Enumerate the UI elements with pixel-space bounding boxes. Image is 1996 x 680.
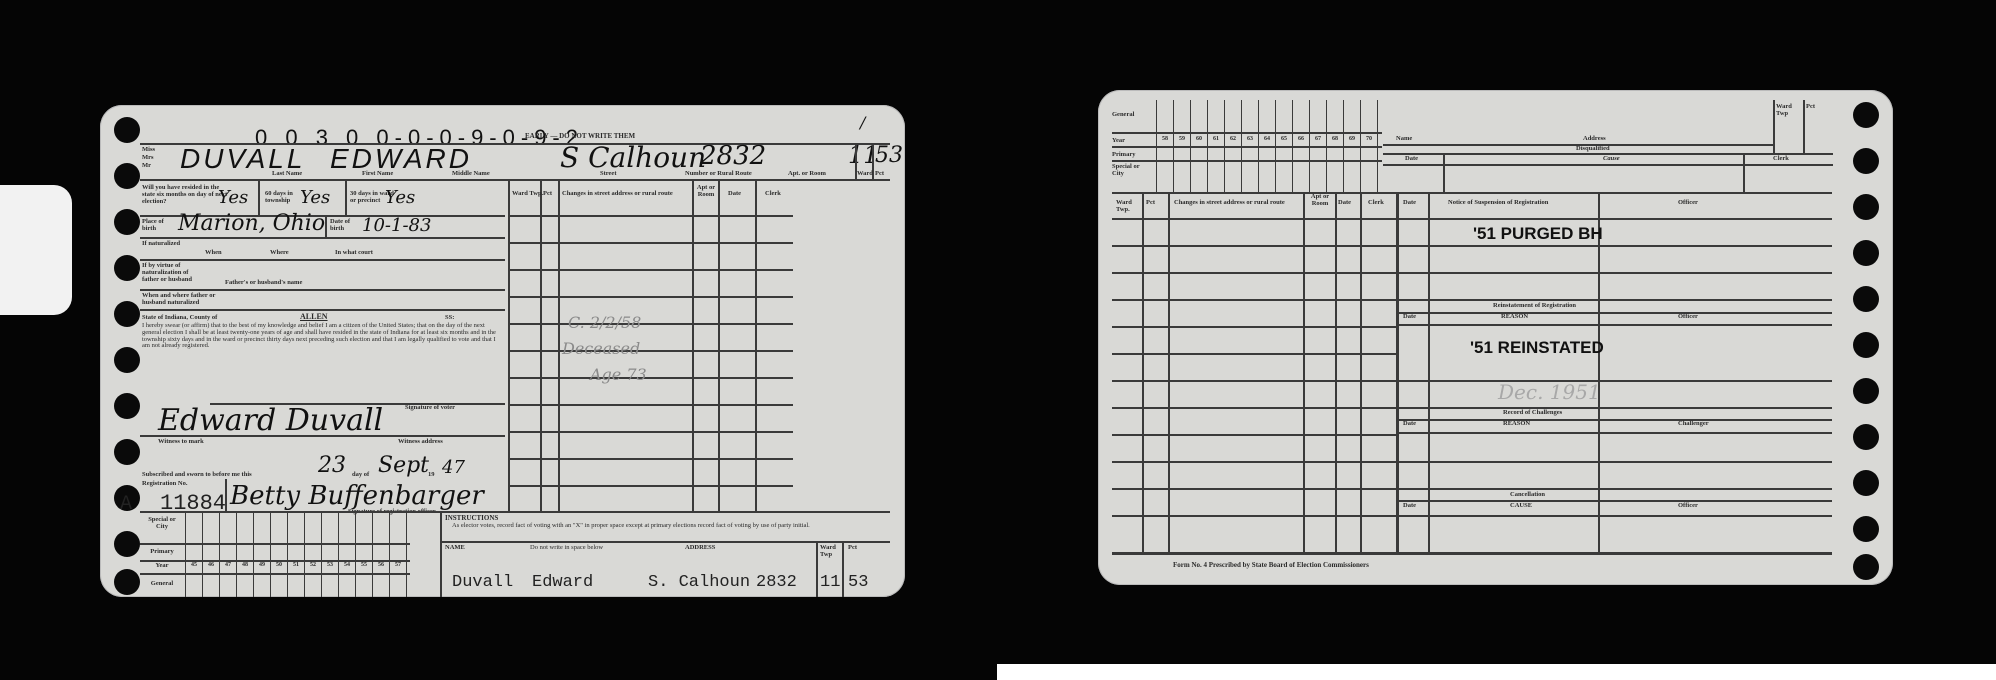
registration-card-front: 0 0 3 0 0-0-0-9-0-9-2 EARLY — DO NOT WRI…	[100, 105, 905, 597]
back-label-name: Name	[1396, 136, 1412, 143]
reinstatement-officer-header: Officer	[1678, 314, 1698, 321]
punch-hole	[1853, 516, 1879, 542]
punch-hole	[1853, 148, 1879, 174]
punch-hole	[1853, 424, 1879, 450]
sworn-prefix: Subscribed and sworn to before me this	[142, 472, 252, 479]
suspension-officer-header: Officer	[1678, 200, 1698, 207]
pct-handwritten: 53	[875, 143, 903, 168]
label-naturalized: If naturalized	[142, 241, 182, 248]
label-witness-address: Witness address	[398, 439, 443, 446]
label-first-name: First Name	[362, 171, 393, 178]
oath-ss: SS:	[445, 315, 454, 322]
oath-state-line: State of Indiana, County of	[142, 315, 217, 322]
punch-hole	[114, 163, 140, 189]
footer-name-label: NAME	[445, 545, 465, 552]
voting-grid-back: 58 59 60 61 62 63 64 65 66 67 68 69 70	[1156, 100, 1378, 192]
registration-card-back: General Year Primary Special or City 58 …	[1098, 90, 1893, 585]
salutation-mrs: Mrs	[142, 155, 154, 162]
back-label-pct: Pct	[1806, 104, 1815, 111]
suspension-date-header: Date	[1403, 200, 1416, 207]
back-grid-primary: Primary	[1112, 152, 1135, 159]
registrar-signature: Betty Buffenbarger	[230, 481, 484, 511]
voter-signature: Edward Duvall	[158, 403, 383, 438]
typed-number: 2832	[756, 573, 797, 592]
back-grid-general: General	[1112, 112, 1134, 119]
label-birthdate: Date of birth	[330, 219, 360, 233]
oath-county: ALLEN	[300, 313, 328, 321]
number-handwritten: 2832	[700, 141, 766, 171]
punch-hole	[1853, 194, 1879, 220]
stamp-note: EARLY — DO NOT WRITE THEM	[525, 133, 635, 140]
back-changes-header-address: Changes in street address or rural route	[1174, 200, 1285, 207]
punch-hole	[1853, 332, 1879, 358]
left-edge-tab	[0, 185, 72, 315]
punch-hole	[1853, 470, 1879, 496]
a-ward-residency: Yes	[385, 187, 415, 208]
punch-hole	[1853, 554, 1879, 580]
salutation-miss: Miss	[142, 147, 155, 154]
birthdate: 10-1-83	[362, 215, 431, 236]
label-witness-mark: Witness to mark	[158, 439, 204, 446]
footer-note: Do not write in space below	[530, 545, 603, 552]
a-township-residency: Yes	[300, 187, 330, 208]
label-father-naturalization: If by virtue of naturalization of father…	[142, 263, 202, 283]
punch-hole	[114, 301, 140, 327]
back-label-address: Address	[1583, 136, 1606, 143]
grid-row-year: Year	[142, 563, 182, 570]
challenges-title: Record of Challenges	[1503, 410, 1562, 417]
voting-grid-front: 45 46 47 48 49 50 51 52 53 54 55 56 57	[185, 512, 407, 597]
label-birthplace: Place of birth	[142, 219, 172, 233]
q-township-residency: 60 days in township	[265, 191, 305, 205]
reinstatement-reason-header: REASON	[1501, 314, 1528, 321]
back-changes-header-date: Date	[1338, 200, 1351, 207]
grid-row-special: Special or City	[142, 517, 182, 531]
label-registration-no: Registration No.	[142, 481, 188, 488]
sworn-day: 23	[318, 453, 346, 478]
challenges-reason-header: REASON	[1503, 421, 1530, 428]
back-label-ward: Ward Twp	[1776, 104, 1794, 118]
sworn-year: 47	[442, 457, 465, 478]
typed-first-name: Edward	[532, 573, 593, 592]
punch-hole	[114, 347, 140, 373]
grid-row-primary: Primary	[142, 549, 182, 556]
oath-text: I hereby swear (or affirm) that to the b…	[142, 323, 502, 350]
changes-header-address: Changes in street address or rural route	[562, 191, 673, 198]
reinstatement-faint-entry: Dec. 1951	[1498, 380, 1601, 404]
label-ward: Ward	[857, 171, 873, 178]
back-label-cause: Cause	[1603, 156, 1620, 163]
first-name: EDWARD	[330, 143, 472, 175]
back-label-date: Date	[1405, 156, 1418, 163]
label-pct: Pct	[875, 171, 884, 178]
typed-ward: 11	[820, 573, 840, 592]
punch-hole	[114, 255, 140, 281]
cancellation-date-header: Date	[1403, 503, 1416, 510]
label-naturalized-court: In what court	[335, 250, 373, 257]
a-state-residency: Yes	[218, 187, 248, 208]
punch-hole	[1853, 286, 1879, 312]
sworn-day-of: day of	[352, 472, 369, 479]
faint-note-deceased: Deceased	[562, 339, 640, 358]
punch-hole	[1853, 102, 1879, 128]
label-street: Street	[600, 171, 616, 178]
label-father-name: Father's or husband's name	[225, 280, 302, 287]
suspension-title: Notice of Suspension of Registration	[1448, 200, 1548, 207]
label-number: Number or Rural Route	[685, 171, 752, 178]
punch-hole	[114, 531, 140, 557]
corner-mark: /	[860, 113, 865, 132]
changes-header-pct: Pct	[543, 191, 552, 198]
challenges-date-header: Date	[1403, 421, 1416, 428]
footer-pct-label: Pct	[848, 545, 857, 552]
faint-note-date: C. 2/2/58	[568, 313, 641, 332]
changes-header-date: Date	[728, 191, 741, 198]
instructions-text: As elector votes, record fact of voting …	[452, 523, 872, 530]
ward-handwritten: 11	[848, 141, 879, 169]
punch-hole	[114, 117, 140, 143]
back-grid-special: Special or City	[1112, 164, 1152, 178]
punch-hole	[114, 439, 140, 465]
label-naturalized-when: When	[205, 250, 222, 257]
faint-note-age: Age 73	[590, 365, 647, 384]
suspension-entry-stamp: '51 PURGED BH	[1473, 224, 1603, 244]
punch-hole	[1853, 240, 1879, 266]
changes-header-clerk: Clerk	[765, 191, 781, 198]
label-voter-signature: Signature of voter	[405, 405, 455, 412]
typed-last-name: Duvall	[452, 573, 513, 592]
bottom-white-strip	[997, 664, 1996, 680]
punch-hole	[1853, 378, 1879, 404]
footer-address-label: ADDRESS	[685, 545, 715, 552]
punch-hole	[114, 569, 140, 595]
label-middle-name: Middle Name	[452, 171, 490, 178]
cancellation-cause-header: CAUSE	[1510, 503, 1532, 510]
back-changes-header-ward: Ward Twp.	[1116, 200, 1140, 214]
back-label-disqualified: Disqualified	[1576, 146, 1610, 153]
label-last-name: Last Name	[272, 171, 302, 178]
punch-hole	[114, 209, 140, 235]
label-apt: Apt. or Room	[788, 171, 826, 178]
punch-hole	[114, 393, 140, 419]
label-naturalized-where: Where	[270, 250, 289, 257]
back-label-clerk: Clerk	[1773, 156, 1789, 163]
cancellation-title: Cancellation	[1510, 492, 1545, 499]
sworn-month: Sept	[378, 453, 429, 478]
changes-header-ward: Ward Twp.	[512, 191, 543, 198]
back-changes-header-clerk: Clerk	[1368, 200, 1384, 207]
reinstatement-entry-stamp: '51 REINSTATED	[1470, 338, 1604, 358]
back-changes-header-pct: Pct	[1146, 200, 1155, 207]
birthplace: Marion, Ohio	[178, 211, 325, 236]
typed-street: S. Calhoun	[648, 573, 750, 592]
back-changes-header-apt: Apt or Room	[1308, 194, 1332, 208]
changes-header-apt: Apt or Room	[696, 185, 716, 199]
form-footer: Form No. 4 Prescribed by State Board of …	[1173, 562, 1369, 569]
reinstatement-date-header: Date	[1403, 314, 1416, 321]
typed-pct: 53	[848, 573, 868, 592]
label-father-when: When and where father or husband natural…	[142, 293, 222, 307]
grid-row-general: General	[142, 581, 182, 588]
back-grid-year: Year	[1112, 138, 1125, 145]
salutation-mr: Mr	[142, 163, 151, 170]
sworn-year-prefix: 19	[428, 472, 435, 479]
challenges-challenger-header: Challenger	[1678, 421, 1709, 428]
footer-ward-label: Ward Twp	[820, 545, 838, 559]
reinstatement-title: Reinstatement of Registration	[1493, 303, 1576, 310]
registration-letter: A	[120, 493, 132, 516]
cancellation-officer-header: Officer	[1678, 503, 1698, 510]
